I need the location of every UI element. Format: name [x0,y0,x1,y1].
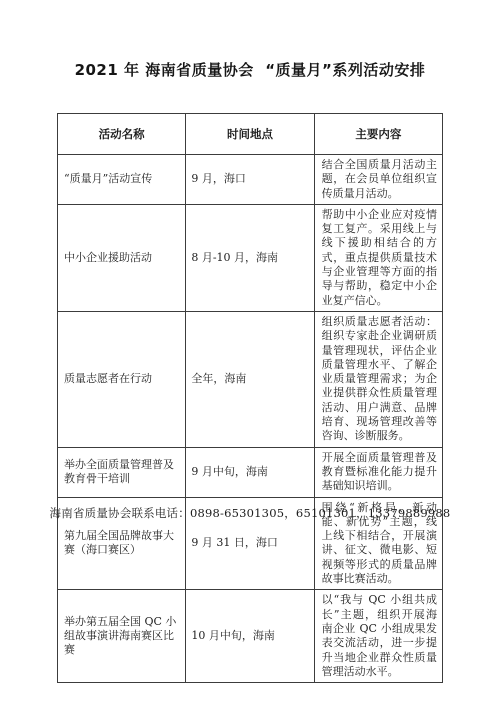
main-content-cell: 帮助中小企业应对疫情复工复产。采用线上与线下援助相结合的方式，重点提供质量技术与… [314,204,442,311]
main-content-cell: 开展全面质量管理普及教育暨标准化能力提升基础知识培训。 [314,447,442,497]
table-row: 举办全面质量管理普及教育骨干培训 9 月中旬，海南 开展全面质量管理普及教育暨标… [58,447,443,497]
table-row: “质量月”活动宣传 9 月，海口 结合全国质量月活动主题，在会员单位组织宣传质量… [58,155,443,205]
main-content-cell: 以“我与 QC 小组共成长”主题，组织开展海南企业 QC 小组成果发表交流活动，… [314,590,442,683]
document-page: 2021 年 海南省质量协会 “质量月”系列活动安排 活动名称 时间地点 主要内… [0,0,500,707]
time-place-cell: 9 月，海口 [186,155,314,205]
time-place-cell: 9 月中旬，海南 [186,447,314,497]
activity-name-cell: 举办第五届全国 QC 小组故事演讲海南赛区比赛 [58,590,186,683]
main-content-cell: 组织质量志愿者活动：组织专家赴企业调研质量管理现状，评估企业质量管理水平、了解企… [314,311,442,447]
column-header-time-place: 时间地点 [186,114,314,155]
activity-name-cell: 举办全面质量管理普及教育骨干培训 [58,447,186,497]
time-place-cell: 10 月中旬，海南 [186,590,314,683]
activity-name-cell: 质量志愿者在行动 [58,311,186,447]
page-title: 2021 年 海南省质量协会 “质量月”系列活动安排 [0,59,500,80]
table-row: 举办第五届全国 QC 小组故事演讲海南赛区比赛 10 月中旬，海南 以“我与 Q… [58,590,443,683]
time-place-cell: 8 月-10 月，海南 [186,204,314,311]
column-header-main-content: 主要内容 [314,114,442,155]
time-place-cell: 全年，海南 [186,311,314,447]
activity-name-cell: “质量月”活动宣传 [58,155,186,205]
main-content-cell: 结合全国质量月活动主题，在会员单位组织宣传质量月活动。 [314,155,442,205]
table-row: 中小企业援助活动 8 月-10 月，海南 帮助中小企业应对疫情复工复产。采用线上… [58,204,443,311]
table-header-row: 活动名称 时间地点 主要内容 [58,114,443,155]
column-header-activity-name: 活动名称 [58,114,186,155]
activities-table: 活动名称 时间地点 主要内容 “质量月”活动宣传 9 月，海口 结合全国质量月活… [57,113,443,683]
contact-phone-line: 海南省质量协会联系电话：0898-65301305，65101301，13379… [0,505,500,521]
activity-name-cell: 中小企业援助活动 [58,204,186,311]
table-row: 质量志愿者在行动 全年，海南 组织质量志愿者活动：组织专家赴企业调研质量管理现状… [58,311,443,447]
